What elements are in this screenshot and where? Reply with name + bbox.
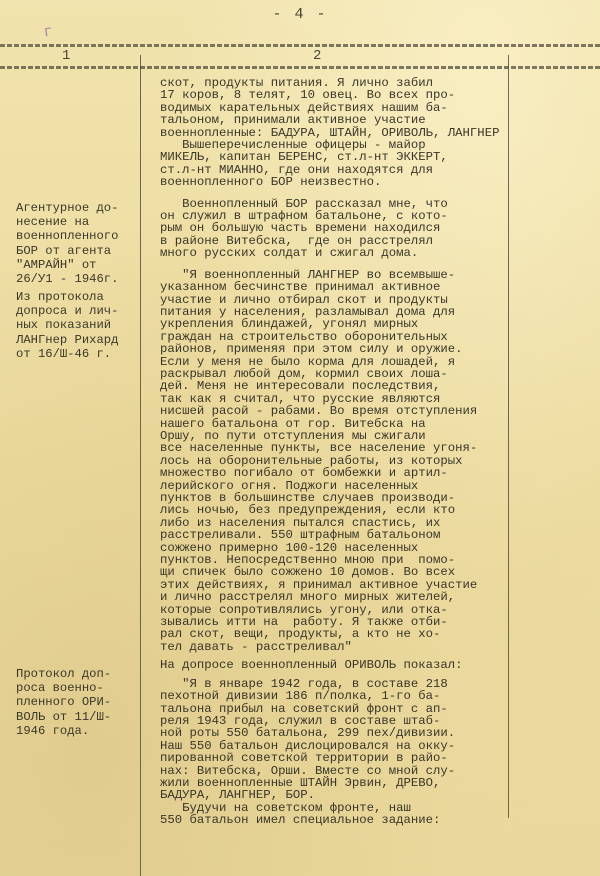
paragraph-officers: Вышеперечисленные офицеры - майор МИКЕЛЬ… — [160, 139, 580, 189]
paragraph-orivol-testimony: "Я в январе 1942 года, в составе 218 пех… — [160, 678, 580, 802]
column-divider-left — [140, 55, 141, 876]
column-header-2: 2 — [313, 48, 321, 64]
column-header-1: 1 — [62, 48, 70, 64]
margin-note-agent-report: Агентурное до- несение на военнопленного… — [16, 201, 140, 286]
margin-note-orivol-protocol: Протокол доп- роса военно- пленного ОРИ-… — [16, 667, 140, 738]
main-text-column: скот, продукты питания. Я лично забил 17… — [160, 77, 580, 827]
document-page: - 4 - г 1 2 Агентурное до- несение на во… — [0, 0, 600, 876]
page-number: - 4 - — [0, 6, 600, 23]
table-top-dashed-rule — [0, 44, 600, 47]
paragraph-orivol-intro: На допросе военнопленный ОРИВОЛЬ показал… — [160, 659, 580, 671]
table-header-dashed-rule — [0, 66, 600, 69]
paragraph-livestock: скот, продукты питания. Я лично забил 17… — [160, 77, 580, 139]
margin-note-langner-protocol: Из протокола допроса и лич- ных показани… — [16, 290, 140, 361]
paragraph-special-task: Будучи на советском фронте, наш 550 бата… — [160, 802, 580, 827]
paragraph-langner-testimony: "Я военнопленный ЛАНГНЕР во всемвыше- ук… — [160, 269, 580, 654]
pencil-annotation-mark: г — [43, 22, 53, 41]
paragraph-bor-report: Военнопленный БОР рассказал мне, что он … — [160, 198, 580, 260]
